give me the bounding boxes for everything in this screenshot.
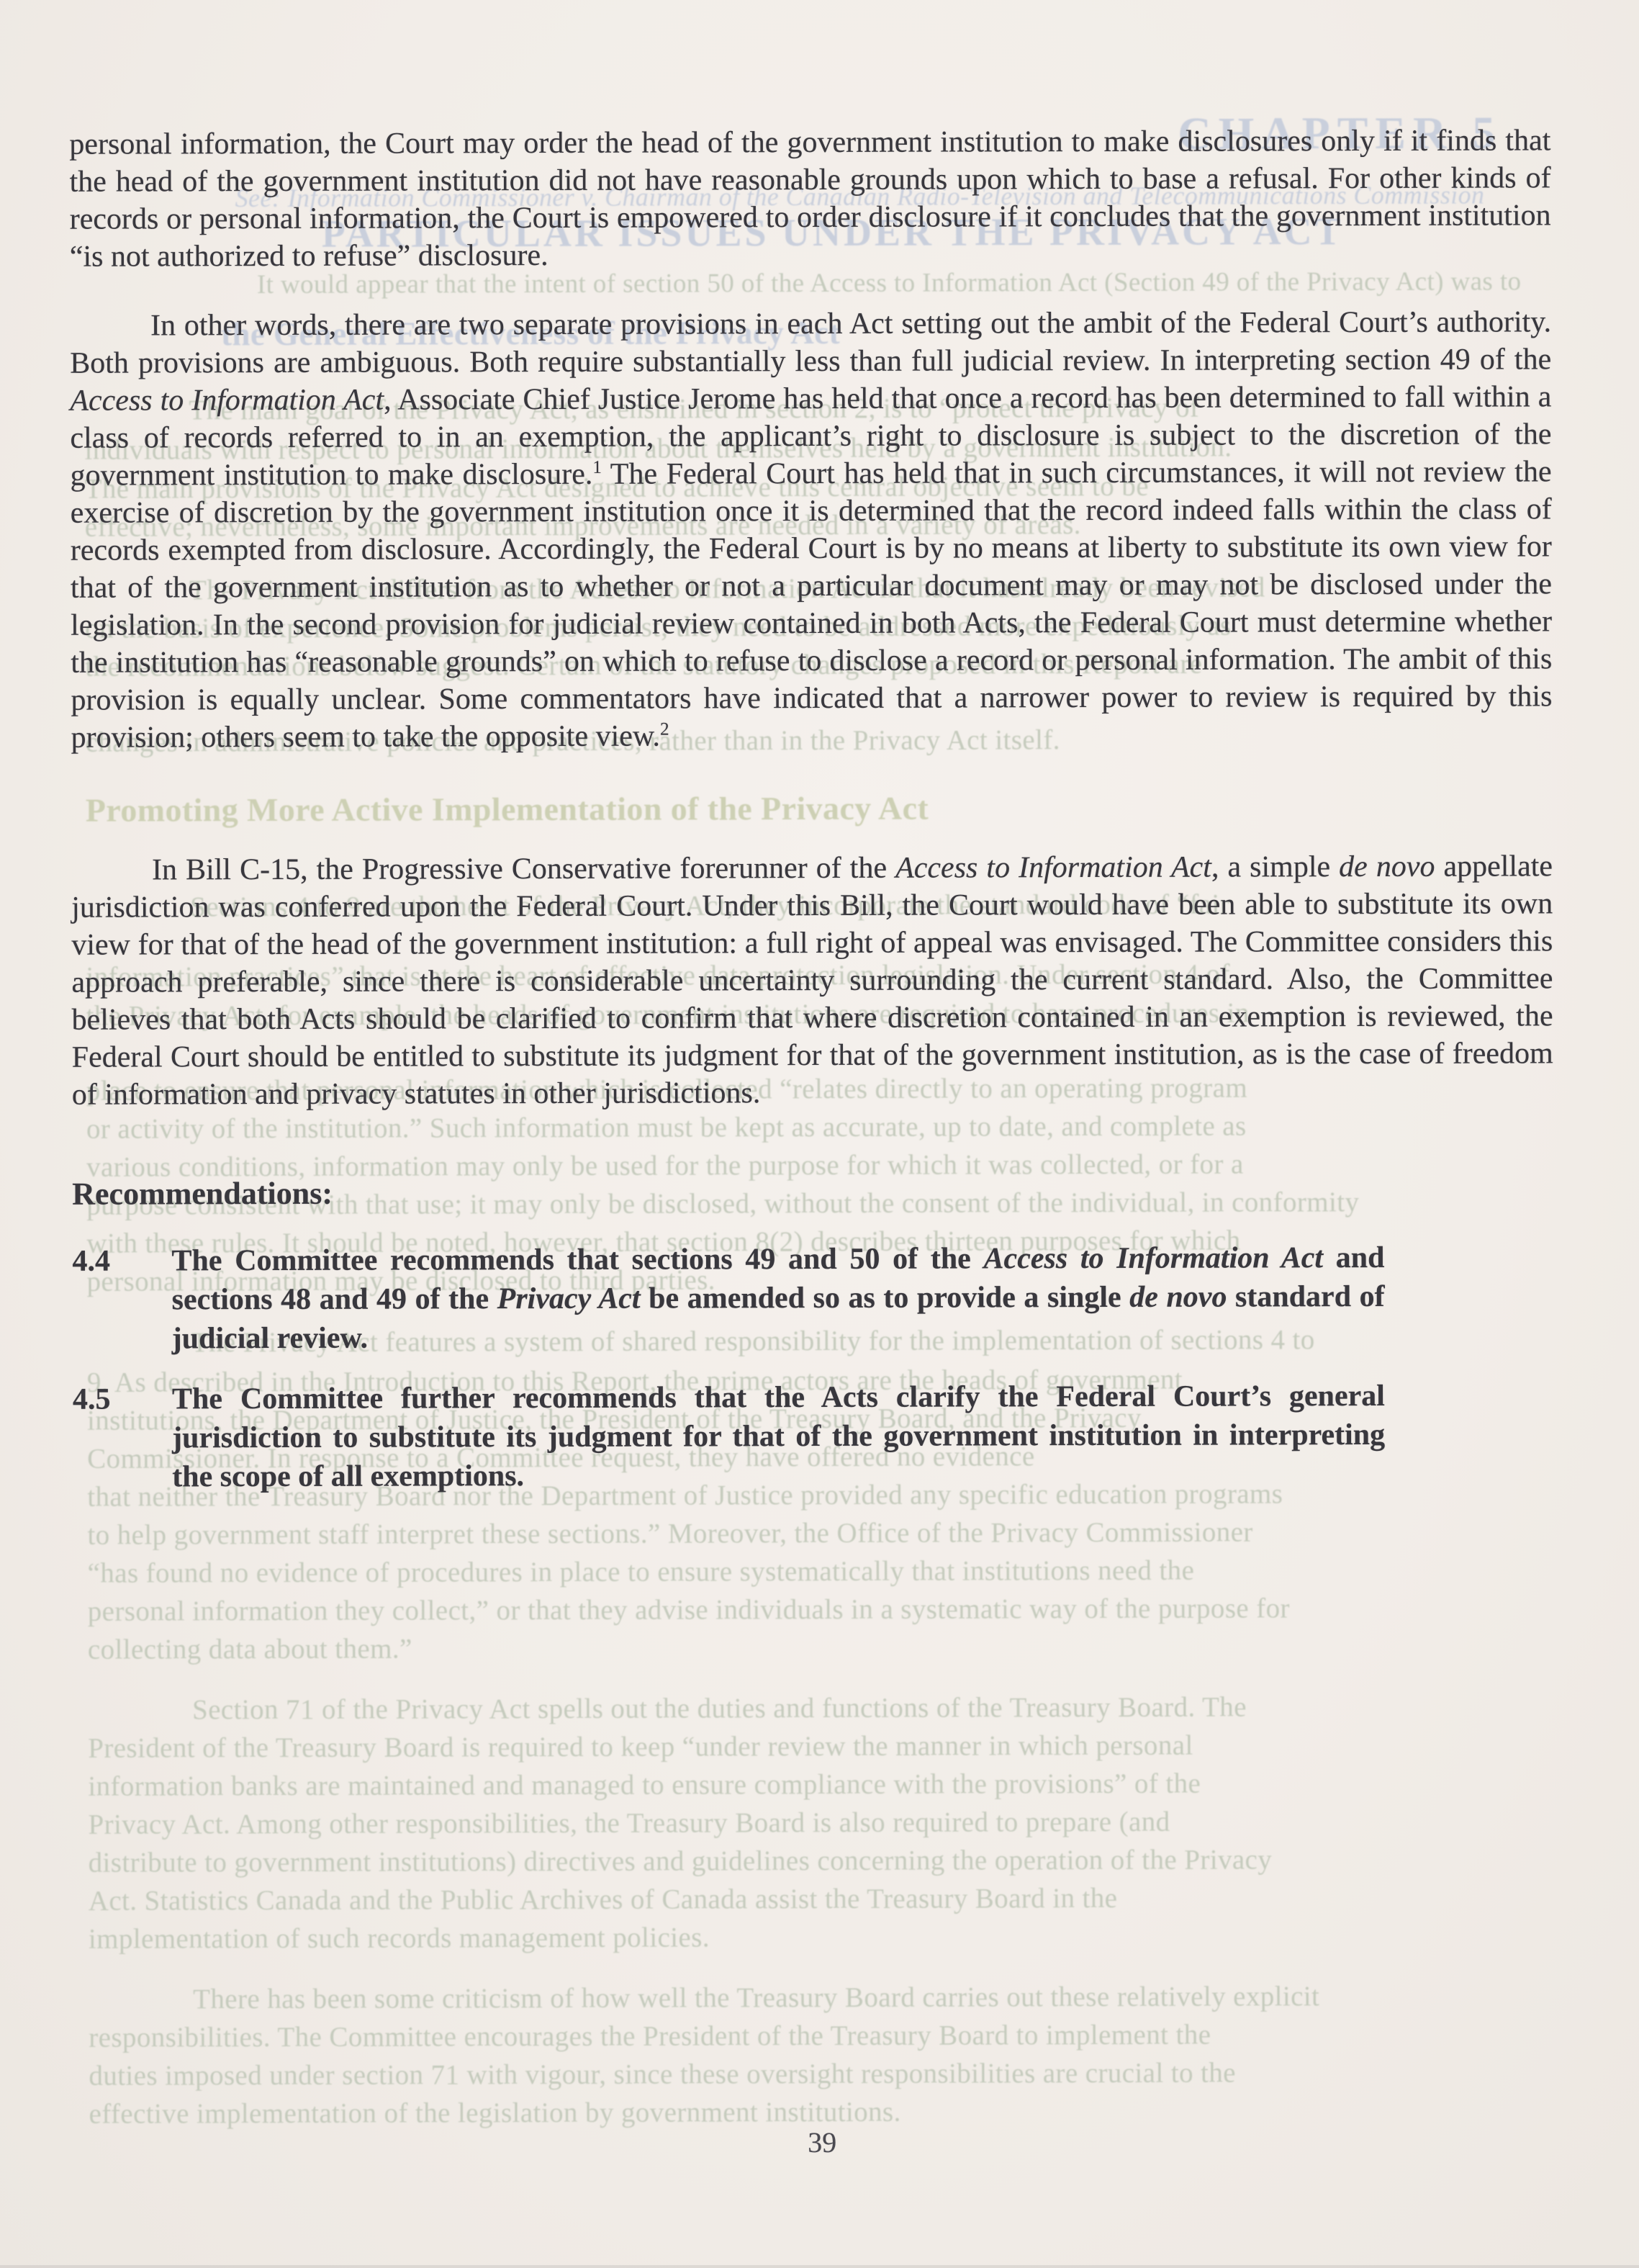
recommendation-text: The Committee further recommends that th… (172, 1377, 1385, 1496)
recommendation-item-4-4: 4.4 The Committee recommends that sectio… (72, 1238, 1389, 1359)
text-segment: personal information, the Court may orde… (69, 124, 1550, 273)
text-segment: appellate jurisdiction was conferred upo… (71, 850, 1553, 1111)
paragraph-court-disclosure: personal information, the Court may orde… (69, 122, 1551, 275)
text-segment: The Committee further recommends that th… (172, 1380, 1385, 1493)
italic-text-segment: Access to Information Act (70, 384, 384, 418)
recommendation-item-4-5: 4.5 The Committee further recommends tha… (73, 1377, 1390, 1497)
italic-text-segment: Privacy Act (497, 1282, 641, 1316)
recommendation-number: 4.5 (73, 1380, 172, 1496)
italic-text-segment: Access to Information Act (895, 851, 1211, 885)
main-text-layer: personal information, the Court may orde… (0, 0, 1639, 2268)
text-segment: , a simple (1211, 850, 1339, 883)
italic-text-segment: de novo (1339, 850, 1435, 883)
footnote-reference: 2 (660, 720, 669, 739)
scanned-report-page: CHAPTER 5See: Information Commissioner v… (0, 0, 1639, 2268)
recommendation-text: The Committee recommends that sections 4… (171, 1238, 1384, 1358)
paragraph-bill-c15: In Bill C-15, the Progressive Conservati… (71, 847, 1553, 1113)
text-segment: In other words, there are two separate p… (70, 305, 1551, 379)
text-segment: The Committee recommends that sections 4… (171, 1242, 983, 1277)
italic-text-segment: de novo (1129, 1281, 1227, 1314)
scan-skew-wrapper: CHAPTER 5See: Information Commissioner v… (0, 0, 1639, 2268)
italic-text-segment: Access to Information Act (983, 1241, 1323, 1275)
paragraph-two-provisions: In other words, there are two separate p… (70, 303, 1553, 756)
text-segment: The Federal Court has held that in such … (71, 455, 1553, 754)
text-segment: be amended so as to provide a single (640, 1281, 1129, 1315)
recommendation-number: 4.4 (72, 1241, 171, 1358)
text-segment: In Bill C-15, the Progressive Conservati… (152, 852, 895, 887)
page-number: 39 (3, 2123, 1639, 2161)
recommendations-heading: Recommendations: (72, 1175, 333, 1212)
footnote-reference: 1 (592, 458, 602, 477)
